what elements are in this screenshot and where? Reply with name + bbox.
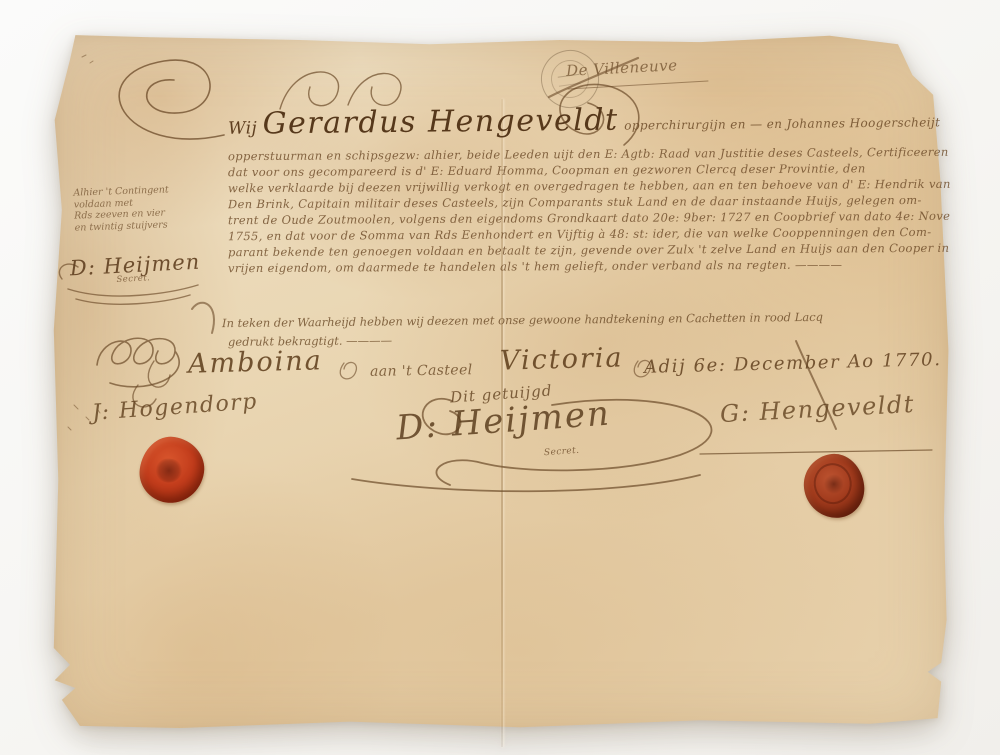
opening-line: Wij Gerardus Hengeveldt opperchirurgijn … <box>228 99 941 141</box>
photo-backdrop: { "document": { "kind": "manuscript-deed… <box>0 0 1000 755</box>
opening-rest: opperchirurgijn en — en Johannes Hoogers… <box>624 115 940 132</box>
dateline-connector: aan 't Casteel <box>370 362 473 380</box>
dateline-place: Amboina <box>188 345 324 380</box>
opening-prefix: Wij <box>228 118 257 138</box>
dateline-castle: Victoria <box>500 342 624 376</box>
margin-note: Alhier 't Contingent voldaan met Rds zee… <box>73 184 170 233</box>
grantor-name: Gerardus Hengeveldt <box>262 103 618 142</box>
manuscript-sheet: De Villeneuve Wij Gerardus Hengeveldt op… <box>52 33 952 735</box>
